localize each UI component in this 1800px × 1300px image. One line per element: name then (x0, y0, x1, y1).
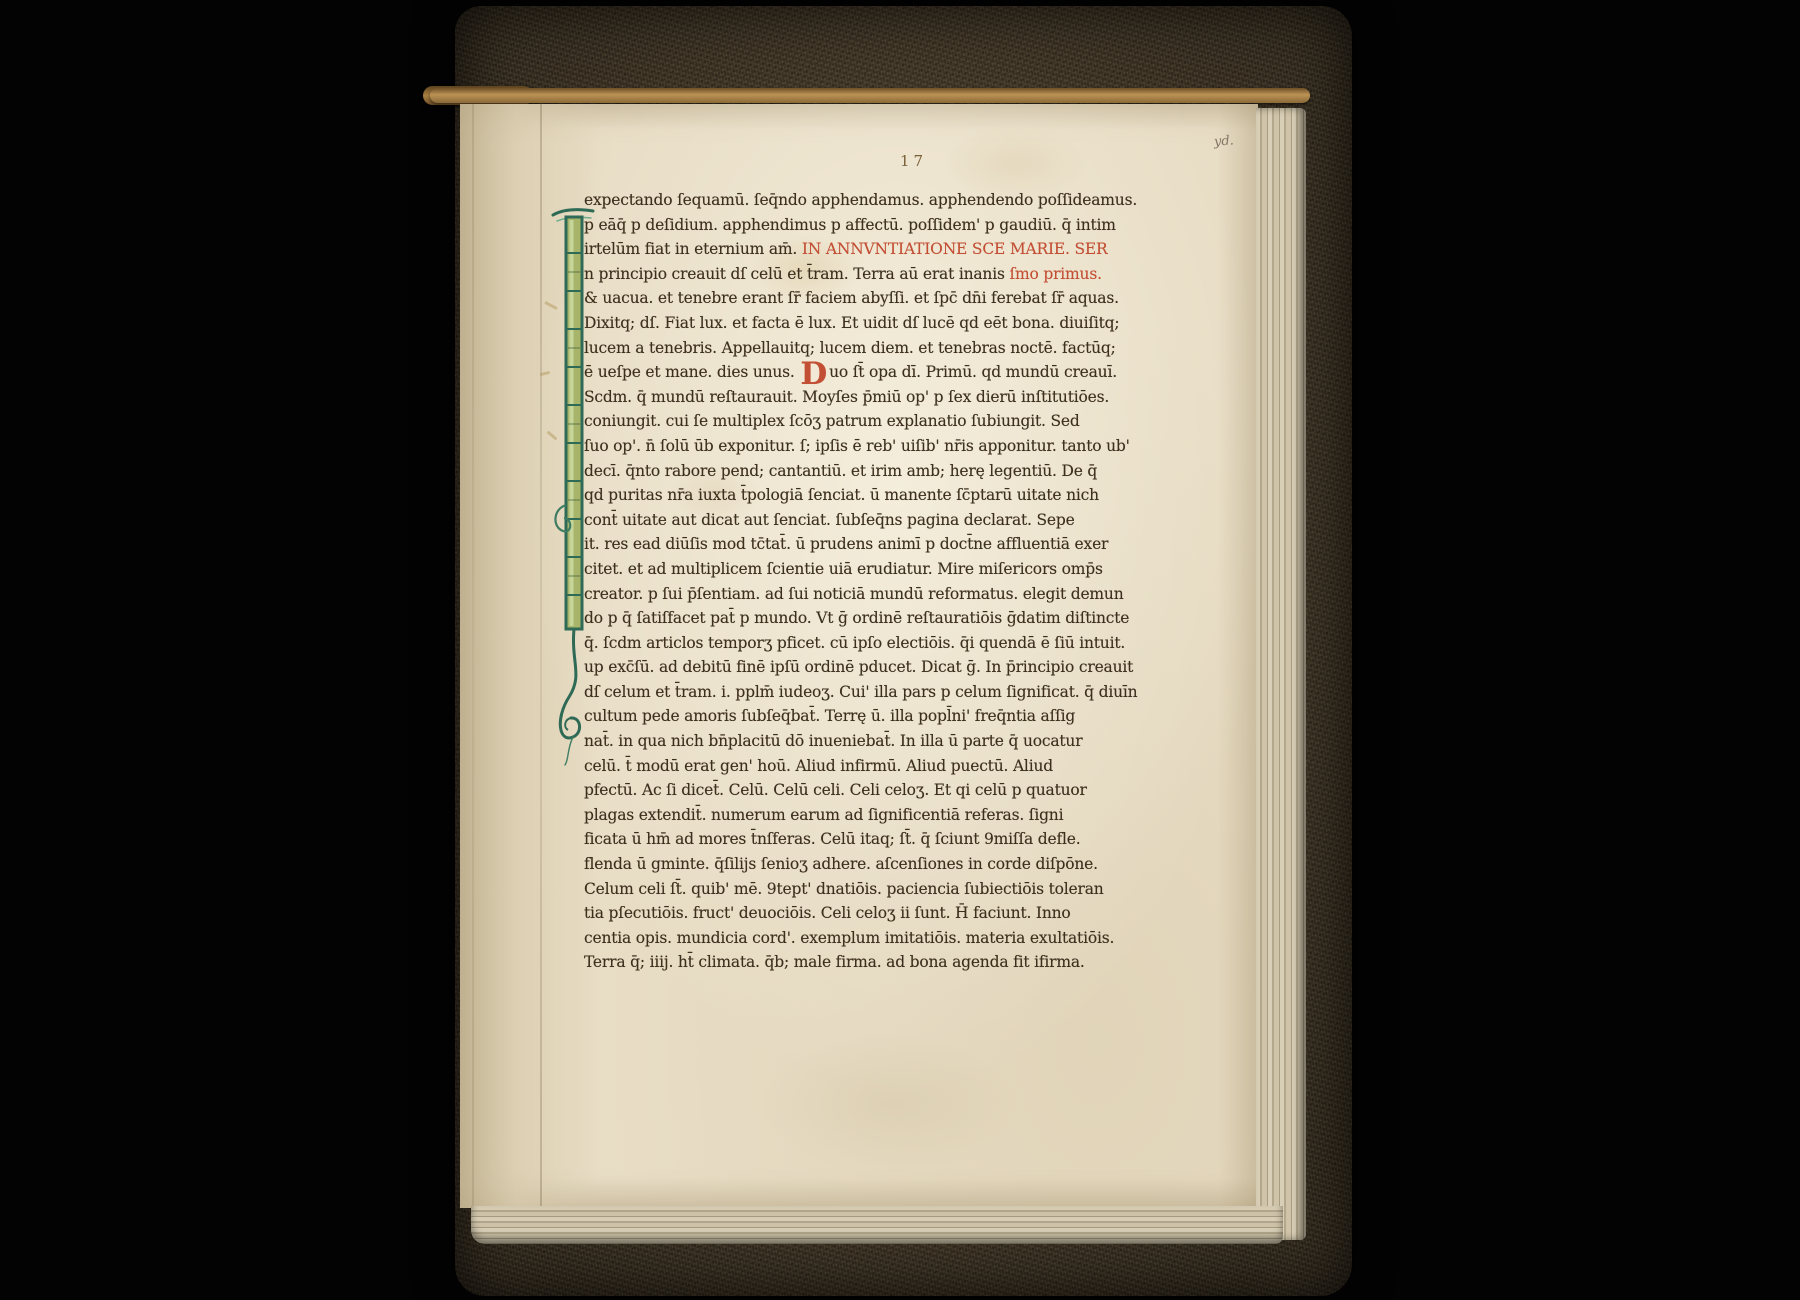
rubric-text: ſmo primus. (1005, 265, 1102, 283)
manuscript-line: creator. p ſui p̄ſentiam. ad ſui noticiā… (584, 582, 1140, 607)
manuscript-line: qd puritas nr̄a iuxta t̄pologiā ſenciat.… (584, 483, 1140, 508)
manuscript-line: Celum celi ſt̄. quib' mē. 9tept' dnatiōi… (584, 877, 1140, 902)
page-number: 17 (900, 152, 927, 170)
manuscript-line: ē ueſpe et mane. dies unus. Duo ſt̄ opa … (584, 360, 1140, 385)
body-text: lucem a tenebris. Appellauitq; lucem die… (584, 339, 1116, 357)
gutter-crease (540, 104, 542, 1208)
body-text: ſuo op'. n̄ ſolū ūb exponitur. ſ; ipſis … (584, 437, 1130, 455)
manuscript-line: Dixitq; dſ. Fiat lux. et facta ē lux. Et… (584, 311, 1140, 336)
body-text: nat̄. in qua nich bn̄placitū dō inuenieb… (584, 732, 1082, 750)
body-text: dſ celum et t̄ram. i. pplm̄ iudeoʒ. Cui'… (584, 683, 1137, 701)
manuscript-line: up exc̄ſū. ad debitū finē ipſū ordinē pd… (584, 655, 1140, 680)
body-text: q̄. ſcdm articlos temporʒ pficet. cū ipſ… (584, 634, 1125, 652)
body-text: qd puritas nr̄a iuxta t̄pologiā ſenciat.… (584, 486, 1099, 504)
body-text: creator. p ſui p̄ſentiam. ad ſui noticiā… (584, 585, 1123, 603)
manuscript-line: expectando ſequamū. ſeq̄ndo apphendamus.… (584, 188, 1140, 213)
body-text: n principio creauit dſ celū et t̄ram. Te… (584, 265, 1005, 283)
fore-edge-pages (1256, 108, 1306, 1240)
body-text: & uacua. et tenebre erant ſr̄ faciem aby… (584, 289, 1119, 307)
body-text: irtelūm fiat in eternium am̄. (584, 240, 802, 258)
manuscript-line: cultum pede amoris ſubſeq̄bat̄. Terrę ū.… (584, 704, 1140, 729)
rubric-text: IN ANNVNTIATIONE SCE MARIE. SER (802, 240, 1108, 258)
manuscript-line: coniungit. cui ſe multiplex ſcōʒ patrum … (584, 409, 1140, 434)
body-text: centia opis. mundicia cord'. exemplum im… (584, 929, 1114, 947)
manuscript-line: nat̄. in qua nich bn̄placitū dō inuenieb… (584, 729, 1140, 754)
manuscript-line: lucem a tenebris. Appellauitq; lucem die… (584, 336, 1140, 361)
body-text: coniungit. cui ſe multiplex ſcōʒ patrum … (584, 412, 1080, 430)
gutter-mark (540, 371, 550, 376)
manuscript-line: centia opis. mundicia cord'. exemplum im… (584, 926, 1140, 951)
manuscript-line: pfectū. Ac ſi dicet̄. Celū. Celū celi. C… (584, 778, 1140, 803)
foliation-mark: yd. (1214, 133, 1235, 149)
body-text: pfectū. Ac ſi dicet̄. Celū. Celū celi. C… (584, 781, 1087, 799)
manuscript-line: decī. q̄nto rabore pend; cantantiū. et i… (584, 459, 1140, 484)
manuscript-line: do p q̄ ſatiſfacet pat̄ p mundo. Vt ḡ or… (584, 606, 1140, 631)
body-text: uo ſt̄ opa dī. Primū. qd mundū creauī. (829, 363, 1117, 381)
manuscript-line: cont̄ uitate aut dicat aut ſenciat. ſubſ… (584, 508, 1140, 533)
manuscript-line: Terra q̄; iiij. ht̄ climata. q̄b; male f… (584, 950, 1140, 975)
body-text: plagas extendit̄. numerum earum ad ſigni… (584, 806, 1063, 824)
body-text: cont̄ uitate aut dicat aut ſenciat. ſubſ… (584, 511, 1075, 529)
body-text: citet. et ad multiplicem ſcientie uiā er… (584, 560, 1103, 578)
body-text: flenda ū gminte. q̄ſilijs ſenioʒ adhere.… (584, 855, 1098, 873)
top-edge-piping (430, 88, 1310, 103)
text-block: expectando ſequamū. ſeq̄ndo apphendamus.… (584, 188, 1140, 975)
manuscript-line: irtelūm fiat in eternium am̄. IN ANNVNTI… (584, 237, 1140, 262)
body-text: ē ueſpe et mane. dies unus. (584, 363, 799, 381)
manuscript-line: plagas extendit̄. numerum earum ad ſigni… (584, 803, 1140, 828)
body-text: Dixitq; dſ. Fiat lux. et facta ē lux. Et… (584, 314, 1119, 332)
body-text: cultum pede amoris ſubſeq̄bat̄. Terrę ū.… (584, 707, 1075, 725)
body-text: it. res ead diūſis mod tc̄tat̄. ū pruden… (584, 535, 1108, 553)
manuscript-photo: 17 yd. (0, 0, 1800, 1300)
rubric-dropcap: D (800, 356, 827, 392)
body-text: decī. q̄nto rabore pend; cantantiū. et i… (584, 462, 1097, 480)
manuscript-line: ſuo op'. n̄ ſolū ūb exponitur. ſ; ipſis … (584, 434, 1140, 459)
manuscript-line: p eāq̄ p deſidium. apphendimus p affectū… (584, 213, 1140, 238)
manuscript-line: flenda ū gminte. q̄ſilijs ſenioʒ adhere.… (584, 852, 1140, 877)
body-text: tia pſecutiōis. fruct' deuociōis. Celi c… (584, 904, 1071, 922)
body-text: expectando ſequamū. ſeq̄ndo apphendamus.… (584, 191, 1137, 209)
page-edge-crease (472, 104, 474, 1208)
manuscript-line: n principio creauit dſ celū et t̄ram. Te… (584, 262, 1140, 287)
manuscript-line: q̄. ſcdm articlos temporʒ pficet. cū ipſ… (584, 631, 1140, 656)
manuscript-line: dſ celum et t̄ram. i. pplm̄ iudeoʒ. Cui'… (584, 680, 1140, 705)
body-text: ficata ū hm̄ ad mores t̄nſferas. Celū it… (584, 830, 1080, 848)
manuscript-line: Scdm. q̄ mundū reſtaurauit. Moyſes p̄miū… (584, 385, 1140, 410)
body-text: Terra q̄; iiij. ht̄ climata. q̄b; male f… (584, 953, 1085, 971)
manuscript-line: & uacua. et tenebre erant ſr̄ faciem aby… (584, 286, 1140, 311)
body-text: up exc̄ſū. ad debitū finē ipſū ordinē pd… (584, 658, 1133, 676)
manuscript-line: celū. t̄ modū erat gen' hoū. Aliud infir… (584, 754, 1140, 779)
body-text: do p q̄ ſatiſfacet pat̄ p mundo. Vt ḡ or… (584, 609, 1129, 627)
body-text: p eāq̄ p deſidium. apphendimus p affectū… (584, 216, 1116, 234)
body-text: Scdm. q̄ mundū reſtaurauit. Moyſes p̄miū… (584, 388, 1109, 406)
body-text: celū. t̄ modū erat gen' hoū. Aliud infir… (584, 757, 1053, 775)
body-text: Celum celi ſt̄. quib' mē. 9tept' dnatiōi… (584, 880, 1104, 898)
manuscript-line: tia pſecutiōis. fruct' deuociōis. Celi c… (584, 901, 1140, 926)
manuscript-line: citet. et ad multiplicem ſcientie uiā er… (584, 557, 1140, 582)
bottom-page-edges (471, 1206, 1283, 1244)
manuscript-line: ficata ū hm̄ ad mores t̄nſferas. Celū it… (584, 827, 1140, 852)
parchment-stain (760, 1034, 1020, 1174)
manuscript-line: it. res ead diūſis mod tc̄tat̄. ū pruden… (584, 532, 1140, 557)
